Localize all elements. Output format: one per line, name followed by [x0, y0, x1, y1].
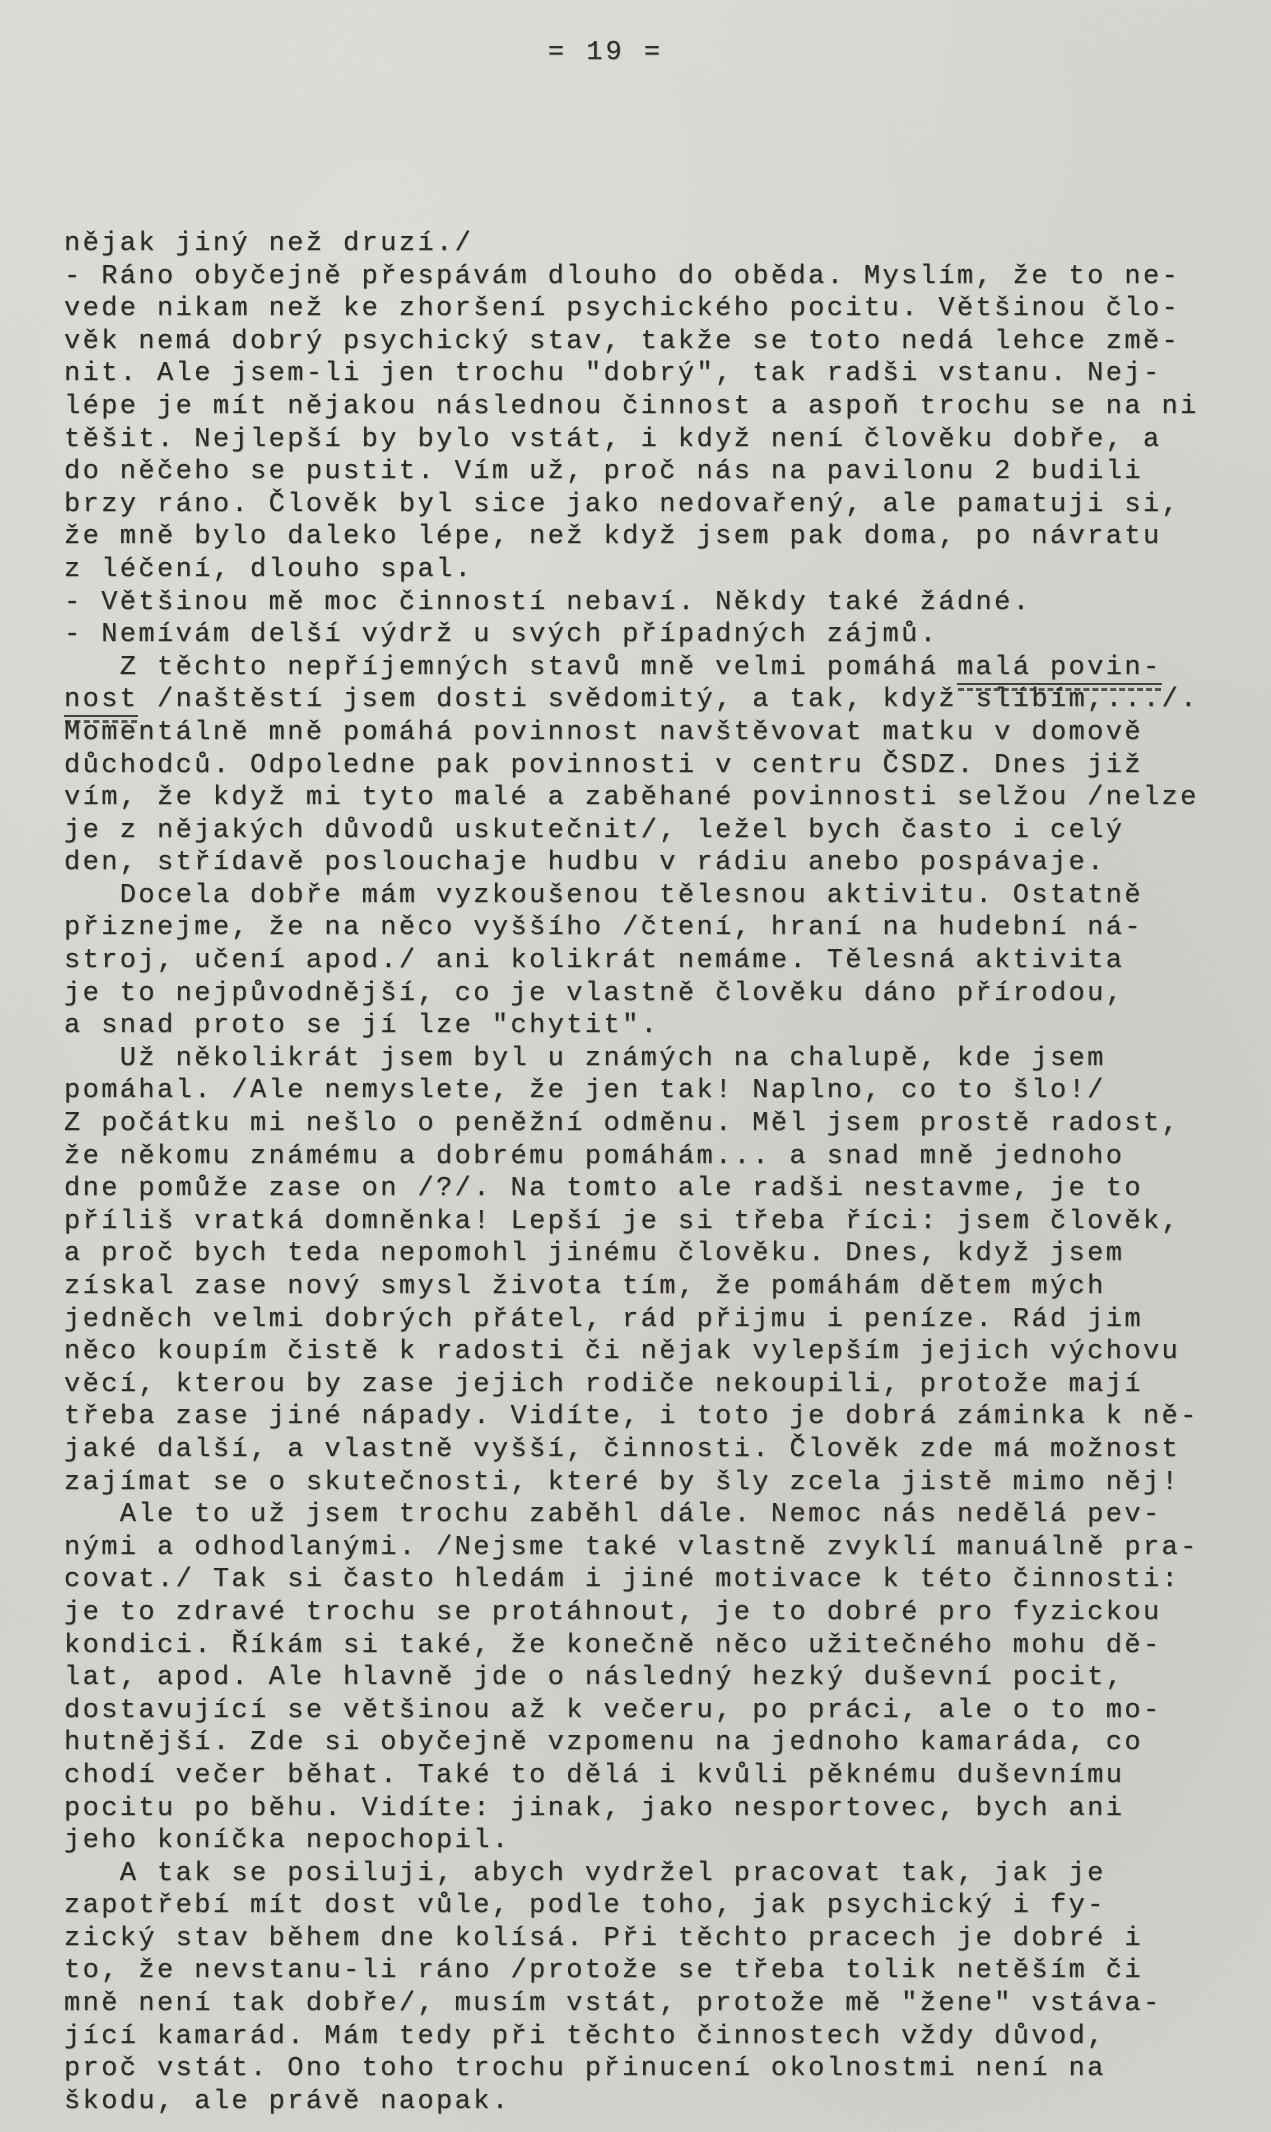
text-segment: Z těchto nepříjemných stavů mně velmi po… — [64, 653, 957, 683]
text-line: důchodců. Odpoledne pak povinnosti v cen… — [64, 750, 1261, 783]
text-line: těšit. Nejlepší by bylo vstát, i když ne… — [64, 424, 1261, 457]
text-line: vím, že když mi tyto malé a zaběhané pov… — [64, 782, 1261, 815]
text-line: je to nejpůvodnější, co je vlastně člově… — [64, 978, 1261, 1011]
text-line: stroj, učení apod./ ani kolikrát nemáme.… — [64, 945, 1261, 978]
text-line: dne pomůže zase on /?/. Na tomto ale rad… — [64, 1173, 1261, 1206]
page-number: = 19 = — [0, 38, 1241, 68]
text-line: že mně bylo daleko lépe, než když jsem p… — [64, 521, 1261, 554]
text-line: do něčeho se pustit. Vím už, proč nás na… — [64, 456, 1261, 489]
text-line: proč vstát. Ono toho trochu přinucení ok… — [64, 2053, 1261, 2086]
text-line: Momentálně mně pomáhá povinnost navštěvo… — [64, 717, 1261, 750]
text-line: nit. Ale jsem-li jen trochu "dobrý", tak… — [64, 358, 1261, 391]
text-line: získal zase nový smysl života tím, že po… — [64, 1271, 1261, 1304]
text-line: pocitu po běhu. Vidíte: jinak, jako nesp… — [64, 1793, 1261, 1826]
text-line: nějak jiný než druzí./ — [64, 228, 1261, 261]
text-line: je z nějakých důvodů uskutečnit/, ležel … — [64, 815, 1261, 848]
text-line: den, střídavě poslouchaje hudbu v rádiu … — [64, 847, 1261, 880]
text-line: nými a odhodlanými. /Nejsme také vlastně… — [64, 1532, 1261, 1565]
text-line: Ale to už jsem trochu zaběhl dále. Nemoc… — [64, 1499, 1261, 1532]
text-line: z léčení, dlouho spal. — [64, 554, 1261, 587]
text-line: Už několikrát jsem byl u známých na chal… — [64, 1043, 1261, 1076]
text-line: věk nemá dobrý psychický stav, takže se … — [64, 326, 1261, 359]
text-line: příliš vratká domněnka! Lepší je si třeb… — [64, 1206, 1261, 1239]
text-line: a snad proto se jí lze "chytit". — [64, 1010, 1261, 1043]
text-body: nějak jiný než druzí./- Ráno obyčejně př… — [64, 228, 1261, 2118]
document-page: = 19 = nějak jiný než druzí./- Ráno obyč… — [0, 0, 1271, 2132]
text-line: třeba zase jiné nápady. Vidíte, i toto j… — [64, 1401, 1261, 1434]
text-line: něco koupím čistě k radosti či nějak vyl… — [64, 1336, 1261, 1369]
text-line: - Nemívám delší výdrž u svých případných… — [64, 619, 1261, 652]
text-line: zický stav během dne kolísá. Při těchto … — [64, 1923, 1261, 1956]
text-line: pomáhal. /Ale nemyslete, že jen tak! Nap… — [64, 1075, 1261, 1108]
text-line: jící kamarád. Mám tedy při těchto činnos… — [64, 2021, 1261, 2054]
text-line: - Většinou mě moc činností nebaví. Někdy… — [64, 587, 1261, 620]
text-line: jaké další, a vlastně vyšší, činnosti. Č… — [64, 1434, 1261, 1467]
text-line: zapotřebí mít dost vůle, podle toho, jak… — [64, 1890, 1261, 1923]
text-line: lépe je mít nějakou následnou činnost a … — [64, 391, 1261, 424]
text-line: kondici. Říkám si také, že konečně něco … — [64, 1630, 1261, 1663]
text-line: covat./ Tak si často hledám i jiné motiv… — [64, 1564, 1261, 1597]
text-line: jeho koníčka nepochopil. — [64, 1825, 1261, 1858]
text-line: lat, apod. Ale hlavně jde o následný hez… — [64, 1662, 1261, 1695]
text-line: to, že nevstanu-li ráno /protože se třeb… — [64, 1955, 1261, 1988]
text-line: vede nikam než ke zhoršení psychického p… — [64, 293, 1261, 326]
text-line: zajímat se o skutečnosti, které by šly z… — [64, 1467, 1261, 1500]
text-line: škodu, ale právě naopak. — [64, 2086, 1261, 2119]
text-line: dostavující se většinou až k večeru, po … — [64, 1695, 1261, 1728]
text-line: přiznejme, že na něco vyššího /čtení, hr… — [64, 912, 1261, 945]
text-line: chodí večer běhat. Také to dělá i kvůli … — [64, 1760, 1261, 1793]
text-line: věcí, kterou by zase jejich rodiče nekou… — [64, 1369, 1261, 1402]
text-line: Z počátku mi nešlo o peněžní odměnu. Měl… — [64, 1108, 1261, 1141]
text-line: je to zdravé trochu se protáhnout, je to… — [64, 1597, 1261, 1630]
text-line: jedněch velmi dobrých přátel, rád přijmu… — [64, 1304, 1261, 1337]
text-line: brzy ráno. Člověk byl sice jako nedovaře… — [64, 489, 1261, 522]
text-line: a proč bych teda nepomohl jinému člověku… — [64, 1238, 1261, 1271]
underlined-text: nost — [64, 685, 138, 717]
text-line: A tak se posiluji, abych vydržel pracova… — [64, 1858, 1261, 1891]
underlined-text: malá povin- — [957, 653, 1162, 685]
text-line: že někomu známému a dobrému pomáhám... a… — [64, 1141, 1261, 1174]
text-line: Docela dobře mám vyzkoušenou tělesnou ak… — [64, 880, 1261, 913]
text-line: hutnější. Zde si obyčejně vzpomenu na je… — [64, 1727, 1261, 1760]
text-line: mně není tak dobře/, musím vstát, protož… — [64, 1988, 1261, 2021]
text-line: - Ráno obyčejně přespávám dlouho do oběd… — [64, 261, 1261, 294]
text-line: Z těchto nepříjemných stavů mně velmi po… — [64, 652, 1261, 685]
